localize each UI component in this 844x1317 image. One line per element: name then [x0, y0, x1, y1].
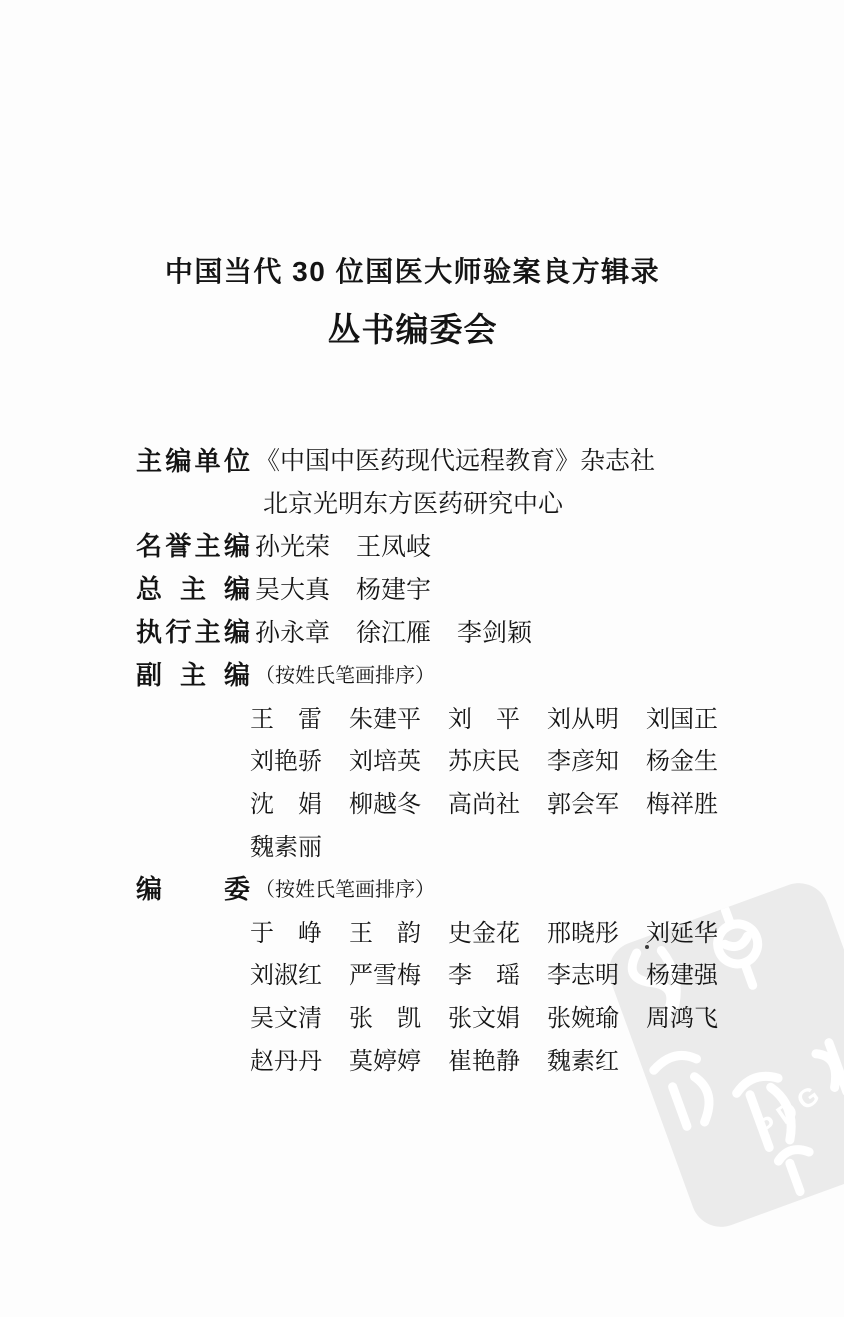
person-name: 沈 娟	[250, 784, 322, 819]
person-name: 刘从明	[547, 699, 619, 734]
person-name: 李志明	[547, 955, 619, 990]
person-name: 柳越冬	[349, 784, 421, 819]
person-name: 朱建平	[349, 699, 421, 734]
scanned-book-page: PDG 中国当代 30 位国医大师验案良方辑录 丛书编委会 主编单位 《中国中医…	[0, 0, 844, 1317]
person-name: 王 雷	[250, 699, 322, 734]
person-name: 张文娟	[448, 998, 520, 1033]
label-chief-editor-unit: 主编单位	[136, 441, 250, 478]
board-names-row-4: 赵丹丹 莫婷婷 崔艳静 魏素红	[136, 1037, 718, 1080]
person-name: 吴大真	[255, 570, 330, 606]
row-deputy-chief-editors-header: 副主编 （按姓氏笔画排序）	[136, 652, 718, 695]
name-row: 刘艳骄 刘培英 苏庆民 李彦知 杨金生	[250, 741, 718, 776]
deputy-names-row-3: 沈 娟 柳越冬 高尚社 郭会军 梅祥胜	[136, 780, 718, 823]
sort-note: （按姓氏笔画排序）	[255, 659, 435, 688]
person-name: 刘艳骄	[250, 741, 322, 776]
person-name: 莫婷婷	[349, 1041, 421, 1076]
person-name: 周鸿飞	[646, 998, 718, 1033]
person-name: 赵丹丹	[250, 1041, 322, 1076]
label-executive-chief-editors: 执行主编	[136, 612, 250, 649]
row-executive-chief-editors: 执行主编 孙永章 徐江雁 李剑颖	[136, 609, 718, 652]
name-row: 赵丹丹 莫婷婷 崔艳静 魏素红	[250, 1041, 619, 1076]
person-name: 于 峥	[250, 913, 322, 948]
executive-chief-editor-names: 孙永章 徐江雁 李剑颖	[255, 613, 532, 649]
person-name: 李剑颖	[457, 613, 532, 649]
deputy-names-row-4: 魏素丽	[136, 823, 718, 866]
label-general-chief-editors: 总主编	[136, 569, 250, 606]
person-name: 崔艳静	[448, 1041, 520, 1076]
name-row: 于 峥 王 韵 史金花 邢晓彤 刘延华	[250, 913, 718, 948]
sort-note: （按姓氏笔画排序）	[255, 873, 435, 902]
name-row: 刘淑红 严雪梅 李 瑶 李志明 杨建强	[250, 955, 718, 990]
label-honorary-chief-editors: 名誉主编	[136, 526, 250, 563]
scan-artifact-speck	[645, 945, 649, 949]
label-editorial-board: 编委	[136, 869, 250, 906]
title-block: 中国当代 30 位国医大师验案良方辑录 丛书编委会	[140, 256, 685, 348]
person-name: 刘延华	[646, 913, 718, 948]
person-name: 杨金生	[646, 741, 718, 776]
person-name: 魏素丽	[250, 827, 322, 862]
person-name: 严雪梅	[349, 955, 421, 990]
person-name: 高尚社	[448, 784, 520, 819]
honorary-chief-editor-names: 孙光荣 王凤岐	[255, 527, 431, 563]
general-chief-editor-names: 吴大真 杨建宇	[255, 570, 431, 606]
person-name: 孙光荣	[255, 527, 330, 563]
name-row: 沈 娟 柳越冬 高尚社 郭会军 梅祥胜	[250, 784, 718, 819]
person-name: 郭会军	[547, 784, 619, 819]
person-name: 徐江雁	[356, 613, 431, 649]
person-name: 李彦知	[547, 741, 619, 776]
person-name: 梅祥胜	[646, 784, 718, 819]
person-name: 魏素红	[547, 1041, 619, 1076]
person-name: 刘培英	[349, 741, 421, 776]
person-name: 杨建宇	[356, 570, 431, 606]
person-name: 王 韵	[349, 913, 421, 948]
row-honorary-chief-editors: 名誉主编 孙光荣 王凤岐	[136, 524, 718, 567]
row-general-chief-editors: 总主编 吴大真 杨建宇	[136, 566, 718, 609]
person-name: 邢晓彤	[547, 913, 619, 948]
deputy-names-row-2: 刘艳骄 刘培英 苏庆民 李彦知 杨金生	[136, 738, 718, 781]
board-names-row-1: 于 峥 王 韵 史金花 邢晓彤 刘延华	[136, 909, 718, 952]
deputy-names-row-1: 王 雷 朱建平 刘 平 刘从明 刘国正	[136, 695, 718, 738]
board-names-row-2: 刘淑红 严雪梅 李 瑶 李志明 杨建强	[136, 952, 718, 995]
person-name: 刘 平	[448, 699, 520, 734]
person-name: 杨建强	[646, 955, 718, 990]
row-chief-editor-unit-2: 北京光明东方医药研究中心	[136, 481, 718, 524]
committee-list: 主编单位 《中国中医药现代远程教育》杂志社 北京光明东方医药研究中心 名誉主编 …	[136, 438, 718, 1080]
chief-editor-unit-line-1: 《中国中医药现代远程教育》杂志社	[255, 441, 655, 477]
person-name: 孙永章	[255, 613, 330, 649]
person-name: 张婉瑜	[547, 998, 619, 1033]
series-title: 中国当代 30 位国医大师验案良方辑录	[140, 256, 685, 288]
board-names-row-3: 吴文清 张 凯 张文娟 张婉瑜 周鸿飞	[136, 994, 718, 1037]
person-name: 王凤岐	[356, 527, 431, 563]
name-row: 吴文清 张 凯 张文娟 张婉瑜 周鸿飞	[250, 998, 718, 1033]
name-row: 魏素丽	[250, 827, 322, 862]
row-chief-editor-unit: 主编单位 《中国中医药现代远程教育》杂志社	[136, 438, 718, 481]
row-editorial-board-header: 编委 （按姓氏笔画排序）	[136, 866, 718, 909]
person-name: 张 凯	[349, 998, 421, 1033]
person-name: 刘淑红	[250, 955, 322, 990]
person-name: 苏庆民	[448, 741, 520, 776]
label-deputy-chief-editors: 副主编	[136, 655, 250, 692]
name-row: 王 雷 朱建平 刘 平 刘从明 刘国正	[250, 699, 718, 734]
chief-editor-unit-line-2: 北京光明东方医药研究中心	[263, 484, 563, 520]
person-name: 史金花	[448, 913, 520, 948]
person-name: 李 瑶	[448, 955, 520, 990]
person-name: 刘国正	[646, 699, 718, 734]
person-name: 吴文清	[250, 998, 322, 1033]
committee-title: 丛书编委会	[140, 312, 685, 348]
